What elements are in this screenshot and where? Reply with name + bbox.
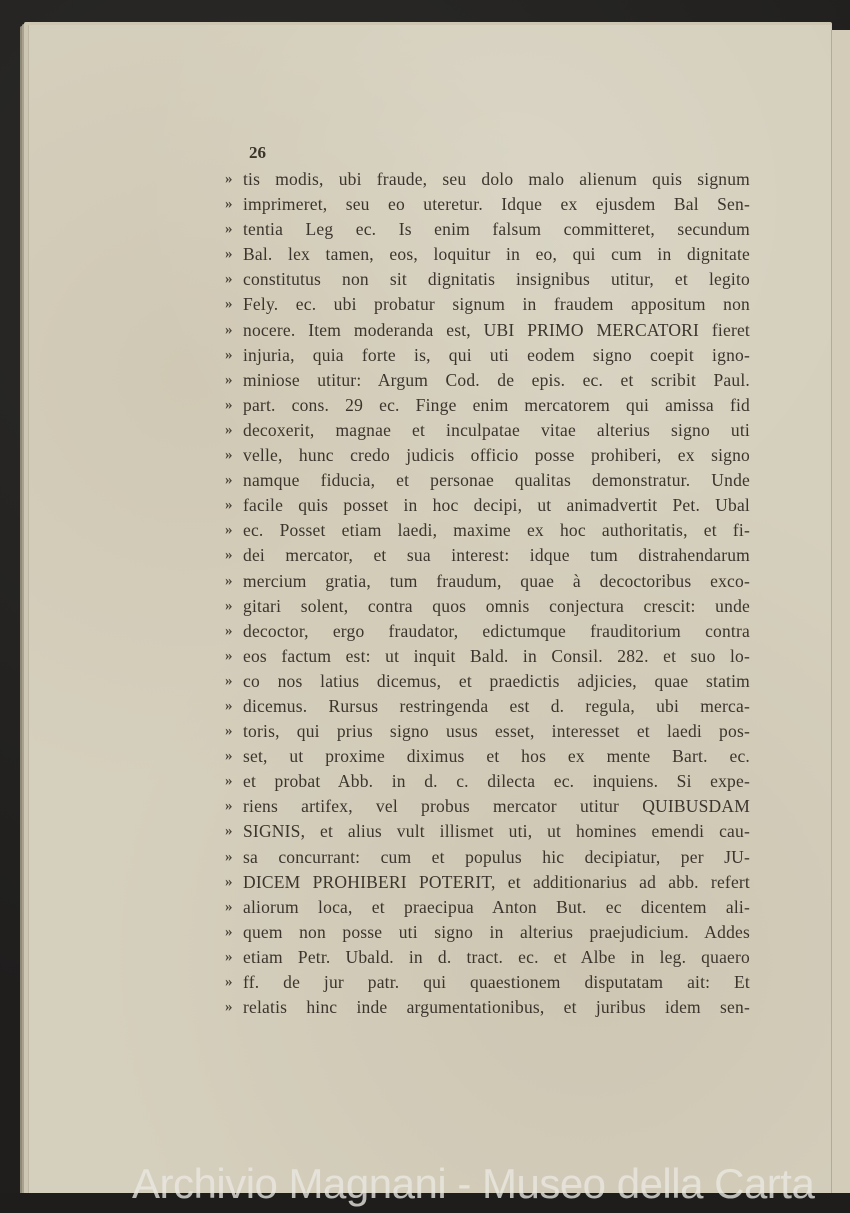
text-line: »namque fiducia, et personae qualitas de… [225, 468, 750, 493]
line-text: tis modis, ubi fraude, seu dolo malo ali… [243, 167, 750, 192]
quotation-mark: » [225, 343, 243, 368]
line-text: SIGNIS, et alius vult illismet uti, ut h… [243, 819, 750, 844]
text-line: »tis modis, ubi fraude, seu dolo malo al… [225, 167, 750, 192]
quotation-mark: » [225, 167, 243, 192]
text-line: »aliorum loca, et praecipua Anton But. e… [225, 895, 750, 920]
text-line: »co nos latius dicemus, et praedictis ad… [225, 669, 750, 694]
quotation-mark: » [225, 819, 243, 844]
text-line: »facile quis posset in hoc decipi, ut an… [225, 493, 750, 518]
quotation-mark: » [225, 895, 243, 920]
watermark: Archivio Magnani - Museo della Carta [132, 1160, 814, 1208]
text-line: »mercium gratia, tum fraudum, quae à dec… [225, 569, 750, 594]
text-line: »SIGNIS, et alius vult illismet uti, ut … [225, 819, 750, 844]
line-text: relatis hinc inde argumentationibus, et … [243, 995, 750, 1020]
text-line: »injuria, quia forte is, qui uti eodem s… [225, 343, 750, 368]
quotation-mark: » [225, 292, 243, 317]
line-text: miniose utitur: Argum Cod. de epis. ec. … [243, 368, 750, 393]
line-text: namque fiducia, et personae qualitas dem… [243, 468, 750, 493]
line-text: Bal. lex tamen, eos, loquitur in eo, qui… [243, 242, 750, 267]
line-text: toris, qui prius signo usus esset, inter… [243, 719, 750, 744]
line-text: nocere. Item moderanda est, UBI PRIMO ME… [243, 318, 750, 343]
line-text: mercium gratia, tum fraudum, quae à deco… [243, 569, 750, 594]
text-line: »ec. Posset etiam laedi, maxime ex hoc a… [225, 518, 750, 543]
quotation-mark: » [225, 920, 243, 945]
text-line: »ff. de jur patr. qui quaestionem disput… [225, 970, 750, 995]
quotation-mark: » [225, 368, 243, 393]
line-text: Fely. ec. ubi probatur signum in fraudem… [243, 292, 750, 317]
line-text: dei mercator, et sua interest: idque tum… [243, 543, 750, 568]
quotation-mark: » [225, 418, 243, 443]
line-text: eos factum est: ut inquit Bald. in Consi… [243, 644, 750, 669]
line-text: ff. de jur patr. qui quaestionem disputa… [243, 970, 750, 995]
text-line: »Fely. ec. ubi probatur signum in fraude… [225, 292, 750, 317]
line-text: DICEM PROHIBERI POTERIT, et additionariu… [243, 870, 750, 895]
text-line: »toris, qui prius signo usus esset, inte… [225, 719, 750, 744]
text-line: »relatis hinc inde argumentationibus, et… [225, 995, 750, 1020]
text-line: »dei mercator, et sua interest: idque tu… [225, 543, 750, 568]
line-text: co nos latius dicemus, et praedictis adj… [243, 669, 750, 694]
quotation-mark: » [225, 995, 243, 1020]
line-text: ec. Posset etiam laedi, maxime ex hoc au… [243, 518, 750, 543]
text-line: »decoctor, ergo fraudator, edictumque fr… [225, 619, 750, 644]
quotation-mark: » [225, 217, 243, 242]
quotation-mark: » [225, 744, 243, 769]
text-line: »etiam Petr. Ubald. in d. tract. ec. et … [225, 945, 750, 970]
line-text: constitutus non sit dignitatis insignibu… [243, 267, 750, 292]
quotation-mark: » [225, 393, 243, 418]
quotation-mark: » [225, 945, 243, 970]
text-line: »quem non posse uti signo in alterius pr… [225, 920, 750, 945]
quotation-mark: » [225, 318, 243, 343]
line-text: quem non posse uti signo in alterius pra… [243, 920, 750, 945]
line-text: riens artifex, vel probus mercator utitu… [243, 794, 750, 819]
quotation-mark: » [225, 845, 243, 870]
text-line: »riens artifex, vel probus mercator utit… [225, 794, 750, 819]
text-line: »gitari solent, contra quos omnis conjec… [225, 594, 750, 619]
text-line: »dicemus. Rursus restringenda est d. reg… [225, 694, 750, 719]
quotation-mark: » [225, 970, 243, 995]
quotation-mark: » [225, 669, 243, 694]
text-line: »constitutus non sit dignitatis insignib… [225, 267, 750, 292]
quotation-mark: » [225, 242, 243, 267]
text-line: »sa concurrant: cum et populus hic decip… [225, 845, 750, 870]
line-text: dicemus. Rursus restringenda est d. regu… [243, 694, 750, 719]
line-text: part. cons. 29 ec. Finge enim mercatorem… [243, 393, 750, 418]
page-number: 26 [249, 143, 266, 163]
quotation-mark: » [225, 267, 243, 292]
quotation-mark: » [225, 543, 243, 568]
quotation-mark: » [225, 518, 243, 543]
line-text: gitari solent, contra quos omnis conject… [243, 594, 750, 619]
quotation-mark: » [225, 719, 243, 744]
line-text: set, ut proxime diximus et hos ex mente … [243, 744, 750, 769]
quotation-mark: » [225, 694, 243, 719]
line-text: tentia Leg ec. Is enim falsum committere… [243, 217, 750, 242]
text-line: »set, ut proxime diximus et hos ex mente… [225, 744, 750, 769]
line-text: et probat Abb. in d. c. dilecta ec. inqu… [243, 769, 750, 794]
text-line: »tentia Leg ec. Is enim falsum committer… [225, 217, 750, 242]
text-line: »decoxerit, magnae et inculpatae vitae a… [225, 418, 750, 443]
quotation-mark: » [225, 794, 243, 819]
line-text: sa concurrant: cum et populus hic decipi… [243, 845, 750, 870]
quotation-mark: » [225, 192, 243, 217]
quotation-mark: » [225, 769, 243, 794]
text-line: »et probat Abb. in d. c. dilecta ec. inq… [225, 769, 750, 794]
text-line: »DICEM PROHIBERI POTERIT, et additionari… [225, 870, 750, 895]
quotation-mark: » [225, 870, 243, 895]
line-text: facile quis posset in hoc decipi, ut ani… [243, 493, 750, 518]
text-line: »nocere. Item moderanda est, UBI PRIMO M… [225, 318, 750, 343]
line-text: aliorum loca, et praecipua Anton But. ec… [243, 895, 750, 920]
quotation-mark: » [225, 619, 243, 644]
line-text: decoctor, ergo fraudator, edictumque fra… [243, 619, 750, 644]
quotation-mark: » [225, 569, 243, 594]
facing-page-edge [830, 30, 850, 1193]
text-line: »eos factum est: ut inquit Bald. in Cons… [225, 644, 750, 669]
quotation-mark: » [225, 468, 243, 493]
line-text: etiam Petr. Ubald. in d. tract. ec. et A… [243, 945, 750, 970]
line-text: imprimeret, seu eo uteretur. Idque ex ej… [243, 192, 750, 217]
line-text: decoxerit, magnae et inculpatae vitae al… [243, 418, 750, 443]
line-text: injuria, quia forte is, qui uti eodem si… [243, 343, 750, 368]
text-line: »velle, hunc credo judicis officio posse… [225, 443, 750, 468]
text-line: »imprimeret, seu eo uteretur. Idque ex e… [225, 192, 750, 217]
text-line: »part. cons. 29 ec. Finge enim mercatore… [225, 393, 750, 418]
body-text: »tis modis, ubi fraude, seu dolo malo al… [225, 167, 750, 1020]
quotation-mark: » [225, 594, 243, 619]
quotation-mark: » [225, 443, 243, 468]
quotation-mark: » [225, 493, 243, 518]
text-line: »Bal. lex tamen, eos, loquitur in eo, qu… [225, 242, 750, 267]
text-line: »miniose utitur: Argum Cod. de epis. ec.… [225, 368, 750, 393]
line-text: velle, hunc credo judicis officio posse … [243, 443, 750, 468]
quotation-mark: » [225, 644, 243, 669]
